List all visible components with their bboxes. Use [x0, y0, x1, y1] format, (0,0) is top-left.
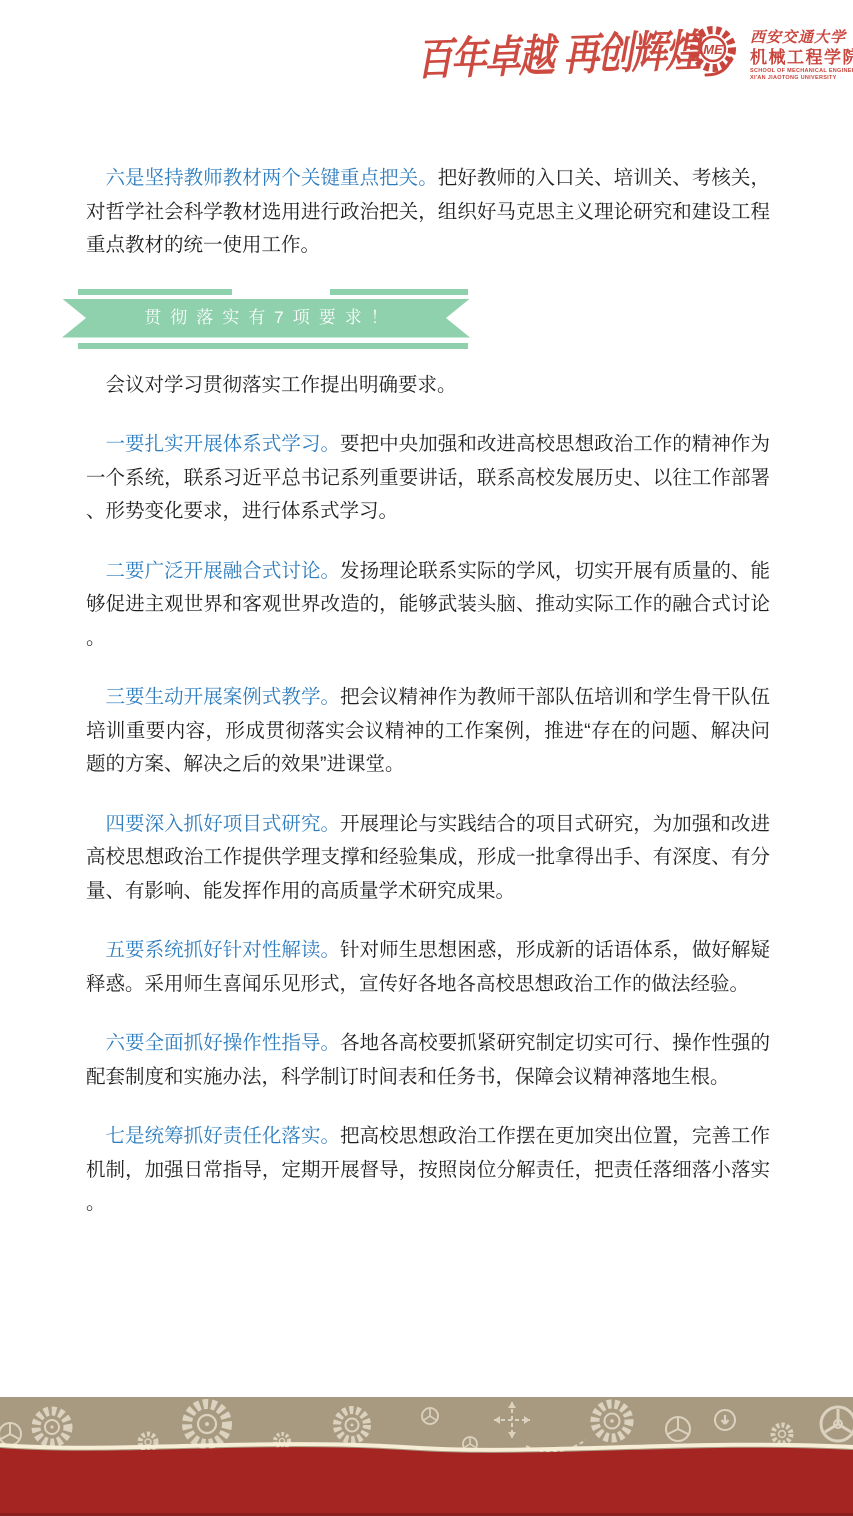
banner-bottom-bar — [78, 343, 468, 349]
lead-paragraph: 六是坚持教师教材两个关键重点把关。把好教师的入口关、培训关、考核关，对哲学社会科… — [86, 162, 770, 263]
banner-top-bars — [62, 289, 470, 295]
banner-label: 贯彻落实有7项要求！ — [135, 301, 396, 335]
logo-school-name-en: SCHOOL OF MECHANICAL ENGINEERING — [750, 68, 853, 75]
requirement-paragraph-1: 一要扎实开展体系式学习。要把中央加强和改进高校思想政治工作的精神作为一个系统，联… — [86, 428, 770, 529]
ribbon-banner: 贯彻落实有7项要求！ — [62, 299, 470, 338]
requirement-paragraph-5: 五要系统抓好针对性解读。针对师生思想困惑，形成新的话语体系，做好解疑释惑。采用师… — [86, 934, 770, 1001]
paragraph-highlight: 一要扎实开展体系式学习。 — [106, 433, 341, 455]
logo-university-name-en: XI'AN JIAOTONG UNIVERSITY — [750, 75, 853, 82]
logo-text-block: 西安交通大学 机械工程学院 SCHOOL OF MECHANICAL ENGIN… — [750, 22, 853, 84]
paragraph-highlight: 七是统筹抓好责任化落实。 — [106, 1125, 341, 1147]
paragraph-highlight: 五要系统抓好针对性解读。 — [106, 939, 341, 961]
logo-school-name-cn: 机械工程学院 — [750, 47, 853, 68]
paragraph-highlight: 四要深入抓好项目式研究。 — [106, 813, 341, 835]
requirement-paragraph-2: 二要广泛开展融合式讨论。发扬理论联系实际的学风，切实开展有质量的、能够促进主观世… — [86, 555, 770, 656]
requirement-paragraph-4: 四要深入抓好项目式研究。开展理论与实践结合的项目式研究，为加强和改进高校思想政治… — [86, 808, 770, 909]
logo-university-name-cn: 西安交通大学 — [750, 28, 853, 47]
gear-me-logo-icon: ME — [684, 22, 744, 84]
logo-monogram: ME — [703, 42, 723, 57]
footer-decoration — [0, 1394, 853, 1516]
school-logo: ME 西安交通大学 机械工程学院 SCHOOL OF MECHANICAL EN… — [684, 22, 853, 84]
paragraph-highlight: 六要全面抓好操作性指导。 — [106, 1032, 341, 1054]
section-banner: 贯彻落实有7项要求！ — [62, 289, 470, 349]
footer-gear-pattern — [0, 1394, 853, 1516]
article-page: 百年卓越 再创辉煌 ME 西安交通大学 机械工程学院 SCHOOL OF MEC… — [0, 0, 853, 1516]
requirement-paragraph-6: 六要全面抓好操作性指导。各地各高校要抓紧研究制定切实可行、操作性强的配套制度和实… — [86, 1027, 770, 1094]
intro-paragraph: 会议对学习贯彻落实工作提出明确要求。 — [86, 369, 770, 403]
header-calligraphy-slogan: 百年卓越 再创辉煌 — [416, 17, 700, 88]
requirement-paragraph-3: 三要生动开展案例式教学。把会议精神作为教师干部队伍培训和学生骨干队伍培训重要内容… — [86, 681, 770, 782]
paragraph-highlight: 三要生动开展案例式教学。 — [106, 686, 341, 708]
paragraph-highlight: 二要广泛开展融合式讨论。 — [106, 560, 341, 582]
paragraph-highlight: 六是坚持教师教材两个关键重点把关。 — [106, 167, 438, 189]
requirement-paragraph-7: 七是统筹抓好责任化落实。把高校思想政治工作摆在更加突出位置，完善工作机制，加强日… — [86, 1120, 770, 1221]
article-body: 六是坚持教师教材两个关键重点把关。把好教师的入口关、培训关、考核关，对哲学社会科… — [86, 162, 770, 1247]
